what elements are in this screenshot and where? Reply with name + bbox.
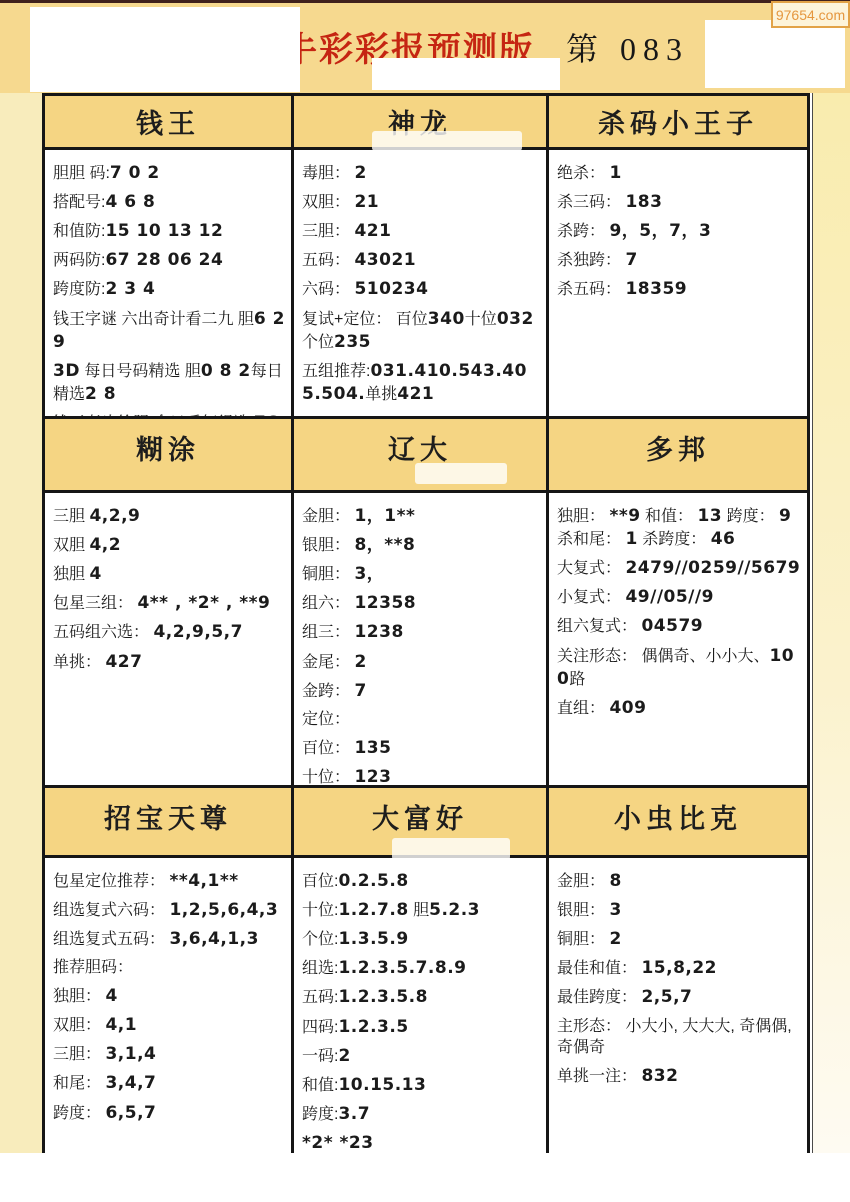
text-line: 关注形态： 偶偶奇、小小大、100路: [557, 645, 802, 691]
prediction-grid: 钱王 神龙 杀码小王子 胆胆 码:7 0 2搭配号:4 6 8和值防:15 10…: [42, 93, 810, 1153]
text-line: 推荐胆码：: [53, 957, 286, 979]
text-line: 和尾： 3,4,7: [53, 1072, 286, 1095]
panel-header-xiaochong-bike: 小虫比克: [549, 788, 807, 858]
text-line: 四码:1.2.3.5: [302, 1016, 541, 1039]
censor-patch: [372, 131, 522, 151]
text-line: 银胆： 8，**8: [302, 534, 541, 557]
text-line: 十位:1.2.7.8 胆5.2.3: [302, 899, 541, 922]
lottery-prediction-sheet: 牛彩彩报预测版 第 083 期 97654.com 钱王 神龙 杀码小王子 胆胆…: [0, 0, 850, 1202]
censor-patch: [392, 838, 510, 860]
text-line: 杀五码： 18359: [557, 278, 802, 301]
text-line: 五码组六选： 4,2,9,5,7: [53, 621, 286, 644]
text-line: 定位：: [302, 709, 541, 731]
censor-block: [30, 7, 300, 92]
text-line: 和值:10.15.13: [302, 1074, 541, 1097]
text-line: 跨度防:2 3 4: [53, 278, 286, 301]
text-line: 绝杀： 1: [557, 162, 802, 185]
text-line: 两码防:67 28 06 24: [53, 249, 286, 272]
left-margin-strip: [0, 93, 42, 1153]
text-line: 五码:1.2.3.5.8: [302, 986, 541, 1009]
text-line: 单挑： 427: [53, 651, 286, 674]
panel-header-hutu: 糊涂: [45, 419, 294, 493]
text-line: 3D 每日号码精选 胆0 8 2每日精选2 8: [53, 360, 286, 406]
panel-body-hutu: 三胆 4,2,9双胆 4,2独胆 4包星三组： 4** , *2* , **9五…: [45, 493, 294, 788]
text-line: 铜胆： 3，: [302, 563, 541, 586]
watermark-badge: 97654.com: [771, 1, 850, 28]
text-line: 独胆： 4: [53, 985, 286, 1008]
censor-patch: [415, 463, 507, 484]
text-line: 百位： 135: [302, 737, 541, 760]
text-line: 组三： 1238: [302, 621, 541, 644]
text-line: 跨度:3.7: [302, 1103, 541, 1126]
text-line: 杀跨： 9，5，7，3: [557, 220, 802, 243]
text-line: 直组： 409: [557, 697, 802, 720]
text-line: 胆胆 码:7 0 2: [53, 162, 286, 185]
text-line: 包星三组： 4** , *2* , **9: [53, 592, 286, 615]
text-line: 组选复式五码： 3,6,4,1,3: [53, 928, 286, 951]
panel-body-shenlong: 毒胆： 2双胆： 21三胆： 421五码： 43021六码： 510234复试+…: [294, 150, 549, 419]
text-line: 毒胆： 2: [302, 162, 541, 185]
text-line: 百位:0.2.5.8: [302, 870, 541, 893]
text-line: 包星定位推荐： **4,1**: [53, 870, 286, 893]
panel-body-zhaobao-tianzun: 包星定位推荐： **4,1**组选复式六码： 1,2,5,6,4,3组选复式五码…: [45, 858, 294, 1153]
text-line: 组六复式： 04579: [557, 615, 802, 638]
text-line: 个位:1.3.5.9: [302, 928, 541, 951]
panel-body-qianwang: 胆胆 码:7 0 2搭配号:4 6 8和值防:15 10 13 12两码防:67…: [45, 150, 294, 419]
text-line: 小复式： 49//05//9: [557, 586, 802, 609]
text-line: 最佳和值： 15,8,22: [557, 957, 802, 980]
text-line: 六码： 510234: [302, 278, 541, 301]
text-line: 主形态： 小大小, 大大大, 奇偶偶, 奇偶奇: [557, 1016, 802, 1060]
text-line: 最佳跨度： 2,5,7: [557, 986, 802, 1009]
text-line: 双胆： 21: [302, 191, 541, 214]
text-line: 五码： 43021: [302, 249, 541, 272]
text-line: 和值防:15 10 13 12: [53, 220, 286, 243]
text-line: 双胆： 4,1: [53, 1014, 286, 1037]
panel-header-shama-xiaowangzi: 杀码小王子: [549, 96, 807, 150]
text-line: 铜胆： 2: [557, 928, 802, 951]
text-line: 杀三码： 183: [557, 191, 802, 214]
right-margin-strip: [812, 93, 850, 1153]
panel-body-duobang: 独胆： **9 和值： 13 跨度： 9 杀和尾： 1 杀跨度： 46大复式： …: [549, 493, 807, 788]
panel-header-qianwang: 钱王: [45, 96, 294, 150]
text-line: *2* *23: [302, 1132, 541, 1153]
censor-block: [705, 20, 845, 88]
text-line: 十位： 123: [302, 766, 541, 788]
text-line: 搭配号:4 6 8: [53, 191, 286, 214]
text-line: 一码:2: [302, 1045, 541, 1068]
text-line: 单挑一注： 832: [557, 1065, 802, 1088]
text-line: 独胆 4: [53, 563, 286, 586]
text-line: 钱王老头给胆 今日看好组选:762 百位7 十位6 个位2: [53, 412, 286, 419]
text-line: 独胆： **9 和值： 13 跨度： 9 杀和尾： 1 杀跨度： 46: [557, 505, 802, 551]
text-line: 组六： 12358: [302, 592, 541, 615]
text-line: 金胆： 8: [557, 870, 802, 893]
text-line: 五组推荐:031.410.543.405.504.单挑421: [302, 360, 541, 406]
panel-header-zhaobao-tianzun: 招宝天尊: [45, 788, 294, 858]
censor-block: [372, 58, 560, 90]
panel-body-dafuhao: 百位:0.2.5.8十位:1.2.7.8 胆5.2.3个位:1.3.5.9组选:…: [294, 858, 549, 1153]
text-line: 三胆： 3,1,4: [53, 1043, 286, 1066]
text-line: 三胆 4,2,9: [53, 505, 286, 528]
text-line: 杀独跨： 7: [557, 249, 802, 272]
panel-body-xiaochong-bike: 金胆： 8银胆： 3铜胆： 2最佳和值： 15,8,22最佳跨度： 2,5,7主…: [549, 858, 807, 1153]
text-line: 金跨： 7: [302, 680, 541, 703]
text-line: 金尾： 2: [302, 651, 541, 674]
text-line: 跨度： 6,5,7: [53, 1102, 286, 1125]
text-line: 组选:1.2.3.5.7.8.9: [302, 957, 541, 980]
text-line: 金胆： 1，1**: [302, 505, 541, 528]
text-line: 钱王字谜 六出奇计看二九 胆6 2 9: [53, 308, 286, 354]
text-line: 组选复式六码： 1,2,5,6,4,3: [53, 899, 286, 922]
text-line: 复试+定位： 百位340十位032个位235: [302, 308, 541, 354]
text-line: 大复式： 2479//0259//5679: [557, 557, 802, 580]
text-line: 三胆： 421: [302, 220, 541, 243]
text-line: 双胆 4,2: [53, 534, 286, 557]
panel-body-shama-xiaowangzi: 绝杀： 1杀三码： 183杀跨： 9，5，7，3杀独跨： 7杀五码： 18359: [549, 150, 807, 419]
panel-body-liaoda: 金胆： 1，1**银胆： 8，**8铜胆： 3，组六： 12358组三： 123…: [294, 493, 549, 788]
panel-header-duobang: 多邦: [549, 419, 807, 493]
text-line: 银胆： 3: [557, 899, 802, 922]
